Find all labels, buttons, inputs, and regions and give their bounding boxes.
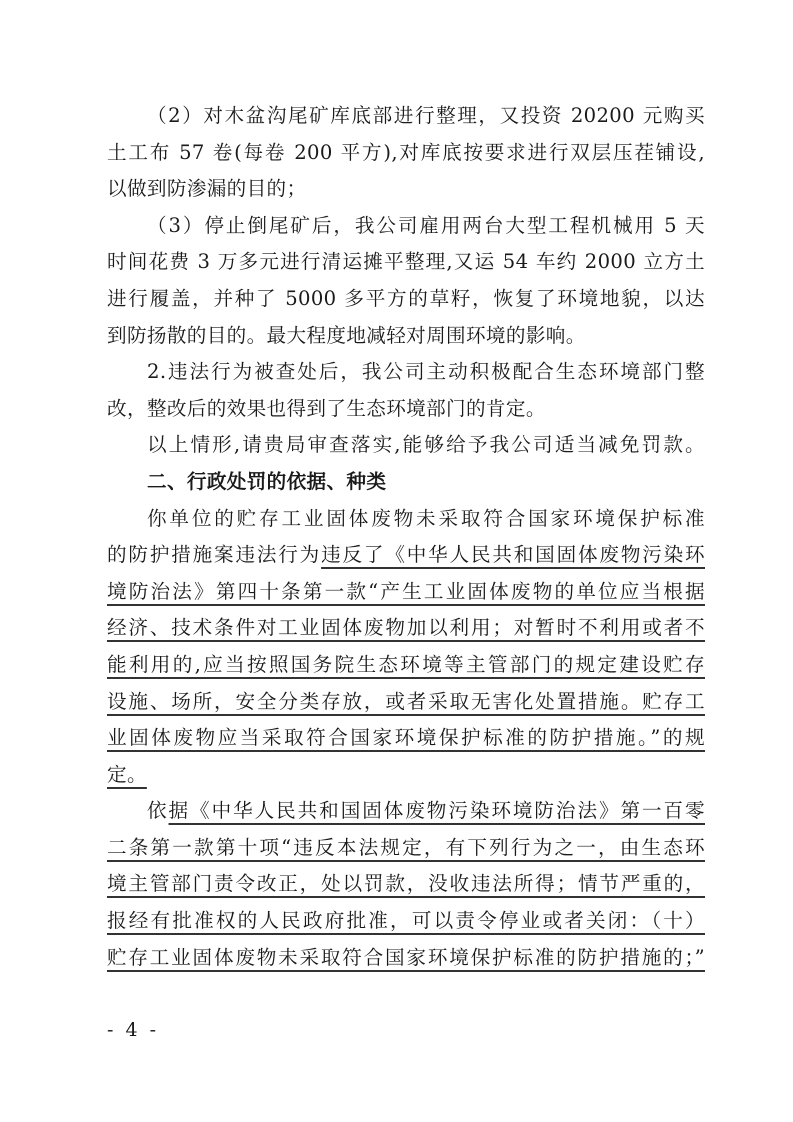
underlined-citation-line: 境主管部门责令改正，处以罚款，没收违法所得；情节严重的， bbox=[107, 866, 705, 903]
text-line: （2）对木盆沟尾矿库底部进行整理，又投资 20200 元购买 bbox=[107, 98, 705, 135]
underlined-citation-line: 设施、场所，安全分类存放，或者采取无害化处置措施。贮存工 bbox=[107, 684, 705, 721]
text-line-mixed: 依据《中华人民共和国固体废物污染环境防治法》第一百零 bbox=[107, 793, 705, 830]
underlined-citation-line: 二条第一款第十项“违反本法规定，有下列行为之一，由生态环 bbox=[107, 830, 705, 867]
text-line: 你单位的贮存工业固体废物未采取符合国家环境保护标准 bbox=[107, 501, 705, 538]
underlined-citation-line: 境防治法》第四十条第一款“产生工业固体废物的单位应当根据 bbox=[107, 574, 705, 611]
text-line: 土工布 57 卷(每卷 200 平方),对库底按要求进行双层压茬铺设, bbox=[107, 135, 705, 172]
text-line: 以上情形,请贵局审查落实,能够给予我公司适当减免罚款。 bbox=[107, 427, 705, 464]
document-page: （2）对木盆沟尾矿库底部进行整理，又投资 20200 元购买 土工布 57 卷(… bbox=[107, 98, 705, 976]
text-line: 2.违法行为被查处后，我公司主动积极配合生态环境部门整 bbox=[107, 354, 705, 391]
underlined-citation-line: 能利用的,应当按照国务院生态环境等主管部门的规定建设贮存 bbox=[107, 647, 705, 684]
text-line: 进行履盖，并种了 5000 多平方的草籽，恢复了环境地貌，以达 bbox=[107, 281, 705, 318]
plain-text: 依 bbox=[147, 799, 169, 822]
page-number: - 4 - bbox=[107, 1016, 159, 1044]
underlined-citation: 违反了《中华人民共和国固体废物污染环 bbox=[321, 543, 705, 566]
text-line: 定。 bbox=[107, 757, 705, 794]
text-line: 以做到防渗漏的目的； bbox=[107, 171, 705, 208]
underlined-citation-end: 定。 bbox=[107, 763, 147, 786]
underlined-citation-line: 贮存工业固体废物未采取符合国家环境保护标准的防护措施的；” bbox=[107, 940, 705, 977]
text-line-mixed: 的防护措施案违法行为违反了《中华人民共和国固体废物污染环 bbox=[107, 537, 705, 574]
underlined-citation: 据《中华人民共和国固体废物污染环境防治法》第一百零 bbox=[169, 799, 705, 822]
text-line: （3）停止倒尾矿后，我公司雇用两台大型工程机械用 5 天 bbox=[107, 208, 705, 245]
text-line: 到防扬散的目的。最大程度地减轻对周围环境的影响。 bbox=[107, 318, 705, 355]
underlined-citation-line: 报经有批准权的人民政府批准，可以责令停业或者关闭：（十） bbox=[107, 903, 705, 940]
text-line: 时间花费 3 万多元进行清运摊平整理,又运 54 车约 2000 立方土 bbox=[107, 244, 705, 281]
text-line: 改，整改后的效果也得到了生态环境部门的肯定。 bbox=[107, 391, 705, 428]
underlined-citation-line: 业固体废物应当采取符合国家环境保护标准的防护措施。”的规 bbox=[107, 720, 705, 757]
section-heading: 二、行政处罚的依据、种类 bbox=[107, 464, 705, 501]
plain-text: 的防护措施案违法行为 bbox=[107, 543, 321, 566]
underlined-citation-line: 经济、技术条件对工业固体废物加以利用；对暂时不利用或者不 bbox=[107, 610, 705, 647]
